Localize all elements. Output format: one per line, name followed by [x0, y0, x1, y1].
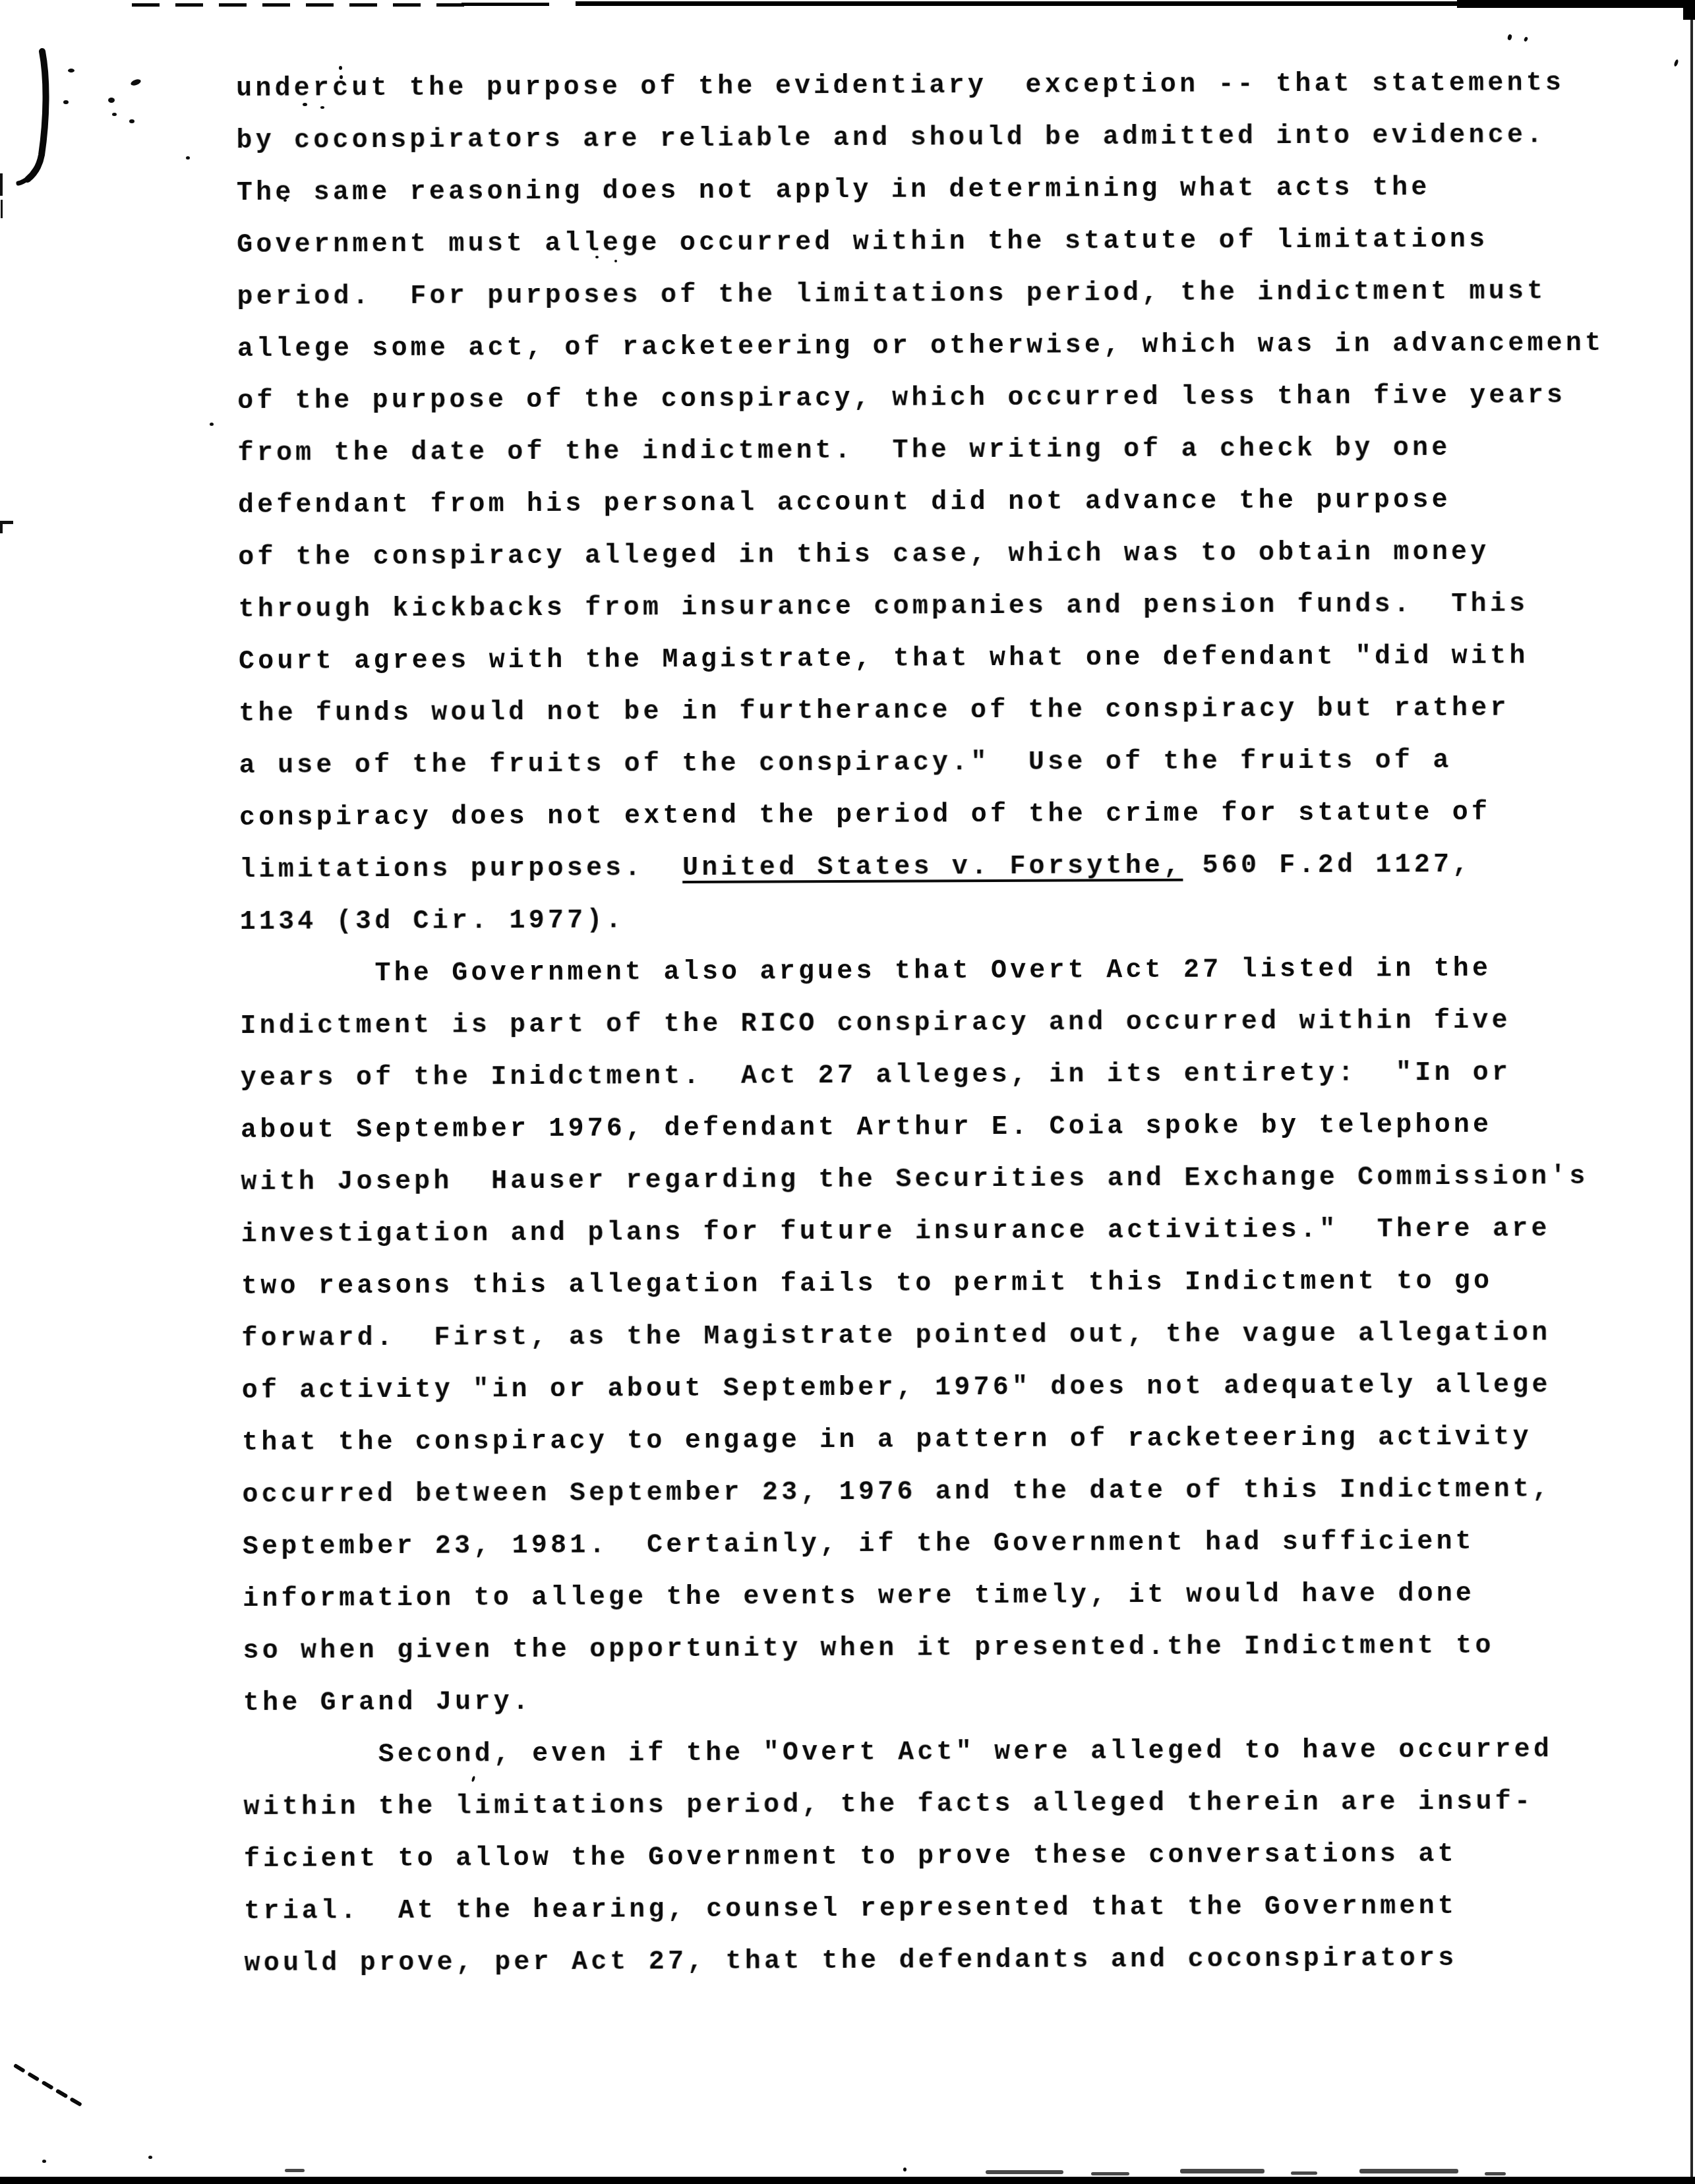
- text-line-30: information to allege the events were ti…: [243, 1567, 1680, 1626]
- text-line-29: September 23, 1981. Certainly, if the Go…: [243, 1515, 1680, 1574]
- text-line-19: Indictment is part of the RICO conspirac…: [240, 994, 1677, 1053]
- text-line-3: The same reasoning does not apply in det…: [237, 161, 1674, 220]
- text-line-28: occurred between September 23, 1976 and …: [242, 1463, 1679, 1521]
- text-line-7: of the purpose of the conspiracy, which …: [237, 369, 1675, 428]
- ink-speck: [63, 100, 69, 104]
- ink-speck: [1524, 36, 1528, 42]
- text-line-10: of the conspiracy alleged in this case, …: [238, 525, 1675, 584]
- scan-smudge: [285, 2169, 305, 2172]
- scan-smudge: [1359, 2169, 1458, 2173]
- text-line-21: about September 1976, defendant Arthur E…: [241, 1098, 1678, 1157]
- ink-speck: [108, 98, 115, 103]
- ink-speck: [42, 2160, 46, 2163]
- text-line-9: defendant from his personal account did …: [238, 473, 1675, 532]
- text-line-27: that the conspiracy to engage in a patte…: [242, 1411, 1679, 1469]
- text-line-13: the funds would not be in furtherance of…: [239, 682, 1676, 740]
- text-line-6: allege some act, of racketeering or othe…: [237, 317, 1675, 376]
- text-line-34: within the limitations period, the facts…: [243, 1775, 1680, 1834]
- top-right-corner-mark: [1683, 0, 1695, 20]
- text-line-26: of activity "in or about September, 1976…: [242, 1359, 1679, 1417]
- right-edge-line: [1690, 20, 1693, 2184]
- text-line-12: Court agrees with the Magistrate, that w…: [239, 630, 1676, 688]
- top-edge-line-thick: [1457, 0, 1695, 8]
- text-line-31: so when given the opportunity when it pr…: [243, 1619, 1680, 1678]
- ink-speck: [129, 119, 134, 123]
- scan-smudge: [1291, 2171, 1317, 2175]
- top-edge-dashed-line: [132, 3, 465, 7]
- text-line-22: with Joseph Hauser regarding the Securit…: [241, 1150, 1678, 1209]
- text-line-20: years of the Inidctment. Act 27 alleges,…: [241, 1046, 1678, 1105]
- ink-speck: [1673, 59, 1679, 67]
- text-line-37: would prove, per Act 27, that the defend…: [244, 1932, 1681, 1990]
- ink-speck: [148, 2156, 152, 2159]
- scan-smudge: [986, 2170, 1063, 2174]
- text-line-36: trial. At the hearing, counsel represent…: [244, 1879, 1681, 1938]
- text-line-15: conspiracy does not extend the period of…: [239, 786, 1677, 844]
- text-line-24: two reasons this allegation fails to per…: [241, 1254, 1679, 1313]
- ink-speck: [68, 69, 74, 73]
- ink-speck: [130, 78, 142, 87]
- ink-speck: [112, 113, 117, 116]
- text-line-25: forward. First, as the Magistrate pointe…: [241, 1307, 1679, 1365]
- case-citation: United States v. Forsythe,: [682, 852, 1183, 883]
- text-line-16: limitations purposes. United States v. F…: [239, 838, 1677, 897]
- top-edge-line-segment: [461, 3, 549, 6]
- left-edge-mark: [1, 200, 3, 218]
- text-line-4: Government must allege occurred within t…: [237, 213, 1674, 272]
- text-line-14: a use of the fruits of the conspiracy." …: [239, 734, 1676, 792]
- text-line-5: period. For purposes of the limitations …: [237, 265, 1674, 324]
- document-text: undercut the purpose of the evidentiary …: [236, 57, 1682, 1990]
- text-line-32: the Grand Jury.: [243, 1671, 1680, 1730]
- left-edge-mark: [0, 524, 3, 533]
- text-line-17: 1134 (3d Cir. 1977).: [240, 890, 1677, 949]
- ink-speck: [210, 423, 214, 426]
- pen-stroke-mark: [13, 40, 92, 198]
- text-line-33: Second, even if the "Overt Act" were all…: [243, 1723, 1680, 1782]
- text-line-18: The Government also argues that Overt Ac…: [240, 942, 1677, 1001]
- left-edge-mark: [0, 173, 3, 196]
- bottom-edge-line: [0, 2177, 1695, 2184]
- text-line-8: from the date of the indictment. The wri…: [237, 421, 1675, 480]
- ink-speck: [1507, 34, 1512, 40]
- scanned-document-page: undercut the purpose of the evidentiary …: [0, 0, 1695, 2184]
- text-line-11: through kickbacks from insurance compani…: [238, 577, 1675, 636]
- scan-smudge: [1091, 2172, 1129, 2175]
- text-line-35: ficient to allow the Government to prove…: [244, 1827, 1681, 1886]
- ink-speck: [186, 156, 190, 160]
- text-line-2: by coconspirators are reliable and shoul…: [236, 109, 1673, 167]
- text-line-23: investigation and plans for future insur…: [241, 1202, 1679, 1261]
- text-line-1: undercut the purpose of the evidentiary …: [236, 57, 1673, 115]
- ink-speck: [903, 2168, 907, 2171]
- dashed-stroke-mark: [12, 2062, 91, 2115]
- scan-smudge: [1485, 2172, 1506, 2175]
- scan-smudge: [1180, 2169, 1264, 2173]
